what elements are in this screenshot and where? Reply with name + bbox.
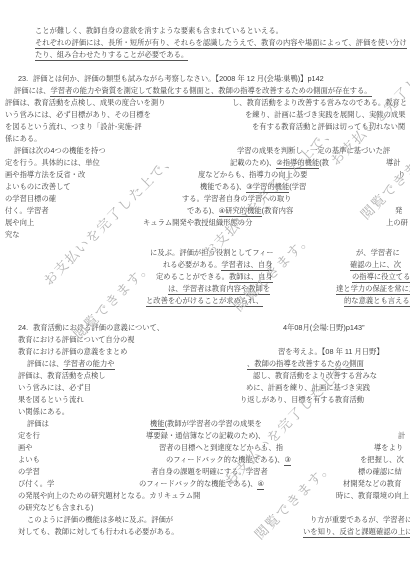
watermark-text: お支払いを完了した上で、 <box>325 28 410 169</box>
watermark-text: 閲覧できます。 <box>228 227 316 315</box>
watermark-text: 閲覧できます。 <box>355 135 410 223</box>
watermark-text: お支払いを完了した上で、 <box>38 148 179 289</box>
watermark-layer: お支払いを完了した上で、閲覧できます。お支払いを完了した上で、閲覧できます。お支… <box>0 0 410 580</box>
watermark-text: 閲覧できます。 <box>249 455 337 543</box>
watermark-text: お支払いを完了した上で、 <box>219 348 360 489</box>
watermark-text: 閲覧できます。 <box>68 255 156 343</box>
watermark-text: お支払いを完了した上で、 <box>198 120 339 261</box>
document-page: ことが難しく、教師自身の意欲を消すような要素も含まれているといえる。それぞれの評… <box>0 0 410 580</box>
